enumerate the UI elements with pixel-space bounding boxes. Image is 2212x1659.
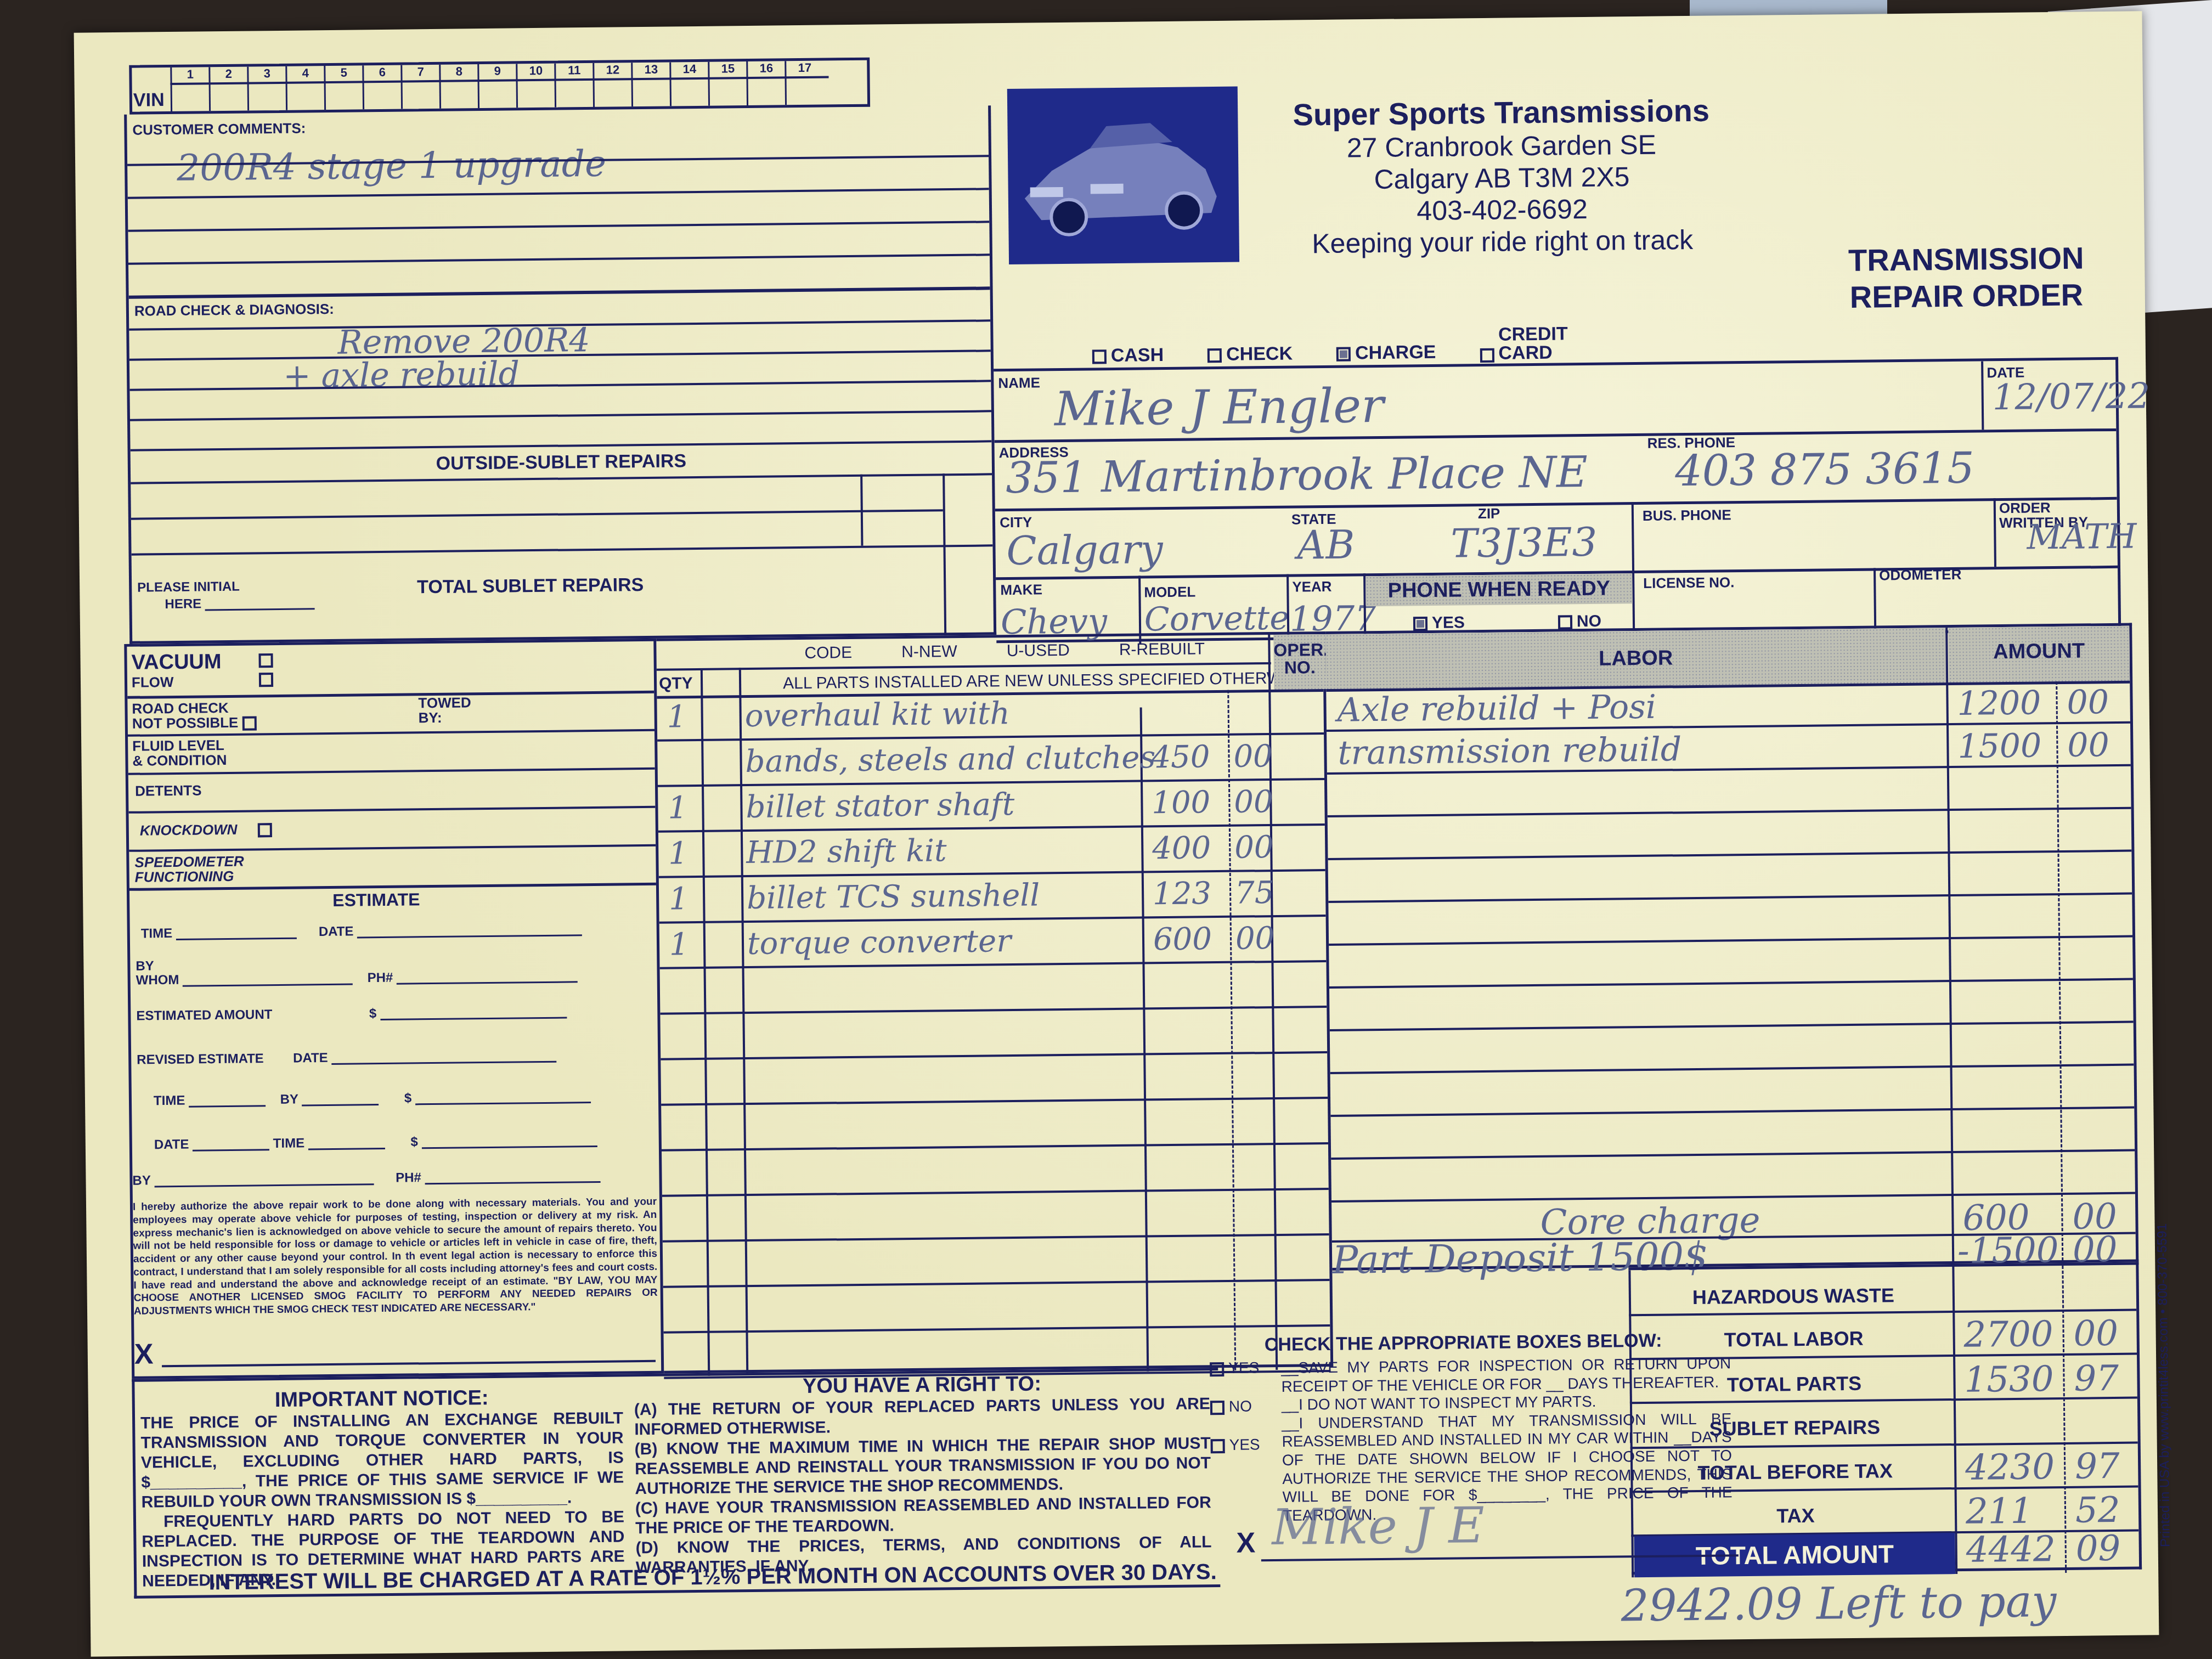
total-parts-cents[interactable]: 97 [2074,1358,2119,1400]
labor-amount-dollars[interactable]: 1500 [1957,726,2041,766]
vacuum-label: VACUUM [131,650,221,674]
parts-row [663,1235,1330,1288]
vin-cell[interactable]: 4 [285,66,324,110]
parts-row: 1billet stator shaft10000 [658,780,1325,833]
total-before-tax-dollars[interactable]: 4230 [1965,1447,2055,1488]
road-check-label: ROAD CHECK & DIAGNOSIS: [134,302,334,319]
total-before-tax-cents[interactable]: 97 [2075,1446,2120,1487]
estimate-by-whom-row: BYWHOM PH# [136,955,578,988]
vin-cell[interactable]: 2 [208,67,247,111]
parts-inspection-title: CHECK THE APPROPRIATE BOXES BELOW: [1265,1330,1662,1356]
qty-header: QTY [659,675,693,692]
city[interactable]: Calgary [1006,526,1163,574]
customer-rights: YOU HAVE A RIGHT TO: (A) THE RETURN OF Y… [634,1370,1212,1578]
sports-car-icon [1007,87,1239,264]
part-description[interactable]: bands, steels and clutches [745,740,1155,780]
customer-comments-label: CUSTOMER COMMENTS: [132,121,306,138]
labor-header: LABOR [1325,628,1946,689]
checkbox-credit-card[interactable] [1480,348,1494,363]
parts-header: ALL PARTS INSTALLED ARE NEW UNLESS SPECI… [783,669,1309,692]
speedometer-label: SPEEDOMETERFUNCTIONING [134,854,244,885]
payment-credit-card[interactable]: CREDITCARD [1480,324,1568,363]
estimate-time-row: TIME DATE [141,922,582,940]
part-price-cents[interactable]: 00 [1234,784,1273,820]
part-description[interactable]: billet TCS sunshell [747,877,1040,916]
parts-row [663,1281,1330,1334]
revised-date-row: DATE TIME $ [154,1133,597,1152]
parts-code-legend: CODE N-NEW U-USED R-REBUILT [804,640,1205,663]
inspection-checklist: VACUUM FLOW ROAD CHECKNOT POSSIBLE TOWED… [124,639,664,1379]
year-label: YEAR [1292,579,1332,595]
vin-cell[interactable]: 9 [477,64,516,108]
shop-address-2: Calgary AB T3M 2X5 [1282,160,1722,196]
shop-slogan: Keeping your ride right on track [1283,223,1722,259]
part-price-cents[interactable]: 00 [1234,830,1274,866]
checkbox-flow[interactable] [259,673,273,687]
zip[interactable]: T3J3E3 [1451,519,1598,567]
labor-amount-cents[interactable]: 00 [2067,726,2109,765]
parts-row: 1torque converter60000 [659,917,1327,969]
parts-sign-x: X [1236,1526,1255,1559]
checkbox-cash[interactable] [1092,349,1107,364]
part-description[interactable]: torque converter [747,923,1012,962]
checkbox-vacuum[interactable] [258,653,273,668]
order-date[interactable]: 12/07/22 [1992,376,2150,418]
comments-section: CUSTOMER COMMENTS: 200R4 stage 1 upgrade… [124,105,996,644]
license-label: LICENSE NO. [1643,575,1734,591]
parts-row [661,1053,1328,1106]
model-label: MODEL [1144,584,1195,600]
vin-cell[interactable]: 14 [669,62,708,106]
parts-row [660,962,1327,1015]
parts-row: 1billet TCS sunshell12375 [659,871,1326,924]
state[interactable]: AB [1297,521,1355,568]
make-label: MAKE [1000,582,1042,597]
part-price-dollars[interactable]: 123 [1153,876,1212,912]
labor-amount-dollars[interactable]: 1200 [1957,684,2041,723]
parts-table: CODE N-NEW U-USED R-REBUILT QTY ALL PART… [656,631,1333,1374]
knockdown-label: KNOCKDOWN [140,822,276,839]
part-price-dollars[interactable]: 100 [1152,785,1211,821]
part-qty[interactable]: 1 [668,790,687,826]
repair-order-form: VIN 1234567891011121314151617 CUSTOMER C… [74,11,2159,1656]
tax-cents[interactable]: 52 [2075,1490,2120,1531]
road-check-not-possible-label: ROAD CHECKNOT POSSIBLE [132,700,261,732]
labor-description[interactable]: transmission rebuild [1338,730,1681,772]
towed-by-label: TOWEDBY: [418,695,471,726]
vin-cell[interactable]: 15 [708,61,747,106]
checkbox-knockdown[interactable] [258,823,272,837]
vin-cell[interactable]: 12 [592,63,631,107]
part-price-dollars[interactable]: 400 [1152,830,1211,866]
total-sublet-label: TOTAL SUBLET REPAIRS [417,575,644,597]
checkbox-phone-yes[interactable] [1413,617,1427,631]
left-to-pay-note: 2942.09 Left to pay [1621,1576,2057,1631]
order-written-by[interactable]: MATH [2027,516,2137,557]
part-qty[interactable]: 1 [667,699,686,735]
total-labor-cents[interactable]: 00 [2073,1313,2118,1355]
notices-panel: IMPORTANT NOTICE: THE PRICE OF INSTALLIN… [132,1368,1220,1599]
total-amount-dollars[interactable]: 4442 [1966,1529,2056,1571]
customer-address[interactable]: 351 Martinbrook Place NE [1006,448,1588,503]
payment-charge[interactable]: CHARGE [1336,342,1436,364]
vin-cell[interactable]: 17 [785,61,823,105]
detents-label: DETENTS [135,783,202,799]
part-price-dollars[interactable]: 600 [1153,921,1212,957]
revised-time-row: TIME BY $ [154,1089,591,1108]
hazardous-waste-label: HAZARDOUS WASTE [1645,1283,1942,1310]
vin-cell[interactable]: 3 [247,66,286,111]
shop-logo [1007,87,1239,264]
initial-here-label: HERE [165,595,315,611]
parts-row [662,1144,1329,1197]
checkbox-phone-no[interactable] [1558,615,1572,629]
vin-cell[interactable]: 5 [324,65,363,110]
vin-cell[interactable]: 13 [631,62,670,106]
res-phone[interactable]: 403 875 3615 [1675,444,1975,496]
vin-cell[interactable]: 6 [362,65,401,110]
payment-cash[interactable]: CASH [1092,345,1164,366]
parts-row: 1HD2 shift kit40000 [658,826,1325,878]
authorization-sign-x: X [134,1338,154,1370]
part-price-cents[interactable]: 00 [1235,921,1275,957]
vin-cell[interactable]: 1 [170,67,209,111]
important-notice: IMPORTANT NOTICE: THE PRICE OF INSTALLIN… [140,1385,625,1591]
checkbox-check[interactable] [1207,348,1222,363]
part-description[interactable]: billet stator shaft [746,787,1015,825]
vin-label: VIN [133,91,165,110]
fluid-level-label: FLUID LEVEL& CONDITION [132,738,227,769]
estimated-amount-field[interactable] [380,1005,567,1021]
payment-check[interactable]: CHECK [1207,343,1293,366]
vin-cell[interactable]: 8 [439,64,478,109]
tax-dollars[interactable]: 211 [1966,1491,2033,1532]
customer-info: NAME Mike J Engler DATE 12/07/22 ADDRESS… [994,357,2121,643]
parts-row: bands, steels and clutches45000 [657,735,1324,787]
payment-method: CASH CHECK CHARGE CREDITCARD [1092,324,1568,366]
vin-cell[interactable]: 7 [400,65,439,109]
vin-cell[interactable]: 11 [554,63,593,108]
printer-credit: Printed in USA by www.printit4less.com •… [2155,1223,2174,1547]
estimated-amount-row: ESTIMATED AMOUNT $ [136,1005,567,1023]
parts-row: 1overhaul kit with [657,689,1324,742]
part-description[interactable]: overhaul kit with [744,696,1010,734]
flow-label: FLOW [132,675,174,690]
part-price-dollars[interactable]: 450 [1151,739,1210,775]
part-qty[interactable]: 1 [669,927,689,962]
checkbox-road-check-not-possible[interactable] [242,716,256,731]
customer-comments-value[interactable]: 200R4 stage 1 upgrade [177,143,607,189]
vin-grid: VIN 1234567891011121314151617 [129,58,870,115]
amount-header: AMOUNT [1948,626,2130,682]
checkbox-charge[interactable] [1336,347,1351,361]
odometer-label: ODOMETER [1879,567,1962,583]
revised-estimate-row: REVISED ESTIMATE DATE [137,1048,556,1067]
parts-row [661,1099,1328,1152]
form-title: TRANSMISSION REPAIR ORDER [1848,239,2085,315]
shop-info: Super Sports Transmissions 27 Cranbrook … [1282,92,1722,259]
part-price-cents[interactable]: 00 [1233,738,1273,775]
total-parts-dollars[interactable]: 1530 [1964,1359,2054,1401]
labor-amount-cents[interactable]: 00 [2067,683,2109,722]
customer-name[interactable]: Mike J Engler [1054,379,1384,437]
labor-table: LABOR AMOUNT Axle rebuild + Posi120000tr… [1325,623,2138,1271]
part-description[interactable]: HD2 shift kit [746,833,947,871]
estimate-by-whom-field[interactable] [183,971,353,987]
revised-date-field[interactable] [331,1048,556,1065]
parts-row [660,1008,1327,1060]
please-initial-label: PLEASE INITIAL [137,580,240,595]
part-qty[interactable]: 1 [668,836,688,871]
shop-phone: 403-402-6692 [1283,191,1722,228]
sublet-header: OUTSIDE-SUBLET REPAIRS [131,448,992,477]
labor-row [1331,1152,2135,1203]
customer-signature[interactable]: Mike J E [1272,1497,1485,1556]
total-amount-cents[interactable]: 09 [2075,1528,2120,1570]
part-price-cents[interactable]: 75 [1235,875,1274,911]
part-qty[interactable]: 1 [669,881,689,917]
vin-cell[interactable]: 16 [746,61,785,105]
phone-when-ready-header: PHONE WHEN READY [1365,573,1633,606]
vin-cell[interactable]: 10 [516,64,555,108]
estimate-date-field[interactable] [357,922,582,938]
save-parts-text: __SAVE MY PARTS FOR INSPECTION OR RETURN… [1281,1354,1731,1396]
road-check-line2[interactable]: + axle rebuild [283,354,520,396]
total-labor-dollars[interactable]: 2700 [1963,1314,2053,1356]
oper-no-header: OPER.NO. [1273,634,1326,690]
parts-inspection: CHECK THE APPROPRIATE BOXES BELOW: YES N… [1210,1329,1739,1554]
estimate-title: ESTIMATE [332,890,420,910]
shop-name: Super Sports Transmissions [1282,92,1721,132]
labor-description[interactable]: Axle rebuild + Posi [1337,688,1656,730]
bus-phone-label: BUS. PHONE [1643,507,1731,523]
name-label: NAME [998,375,1040,391]
shop-address-1: 27 Cranbrook Garden SE [1282,128,1722,164]
estimate-phone-field[interactable] [397,968,578,984]
authorization-text: I hereby authorize the above repair work… [133,1195,658,1318]
revised-by-row: BY PH# [132,1169,600,1188]
zip-label: ZIP [1478,506,1500,522]
parts-row [662,1190,1329,1243]
